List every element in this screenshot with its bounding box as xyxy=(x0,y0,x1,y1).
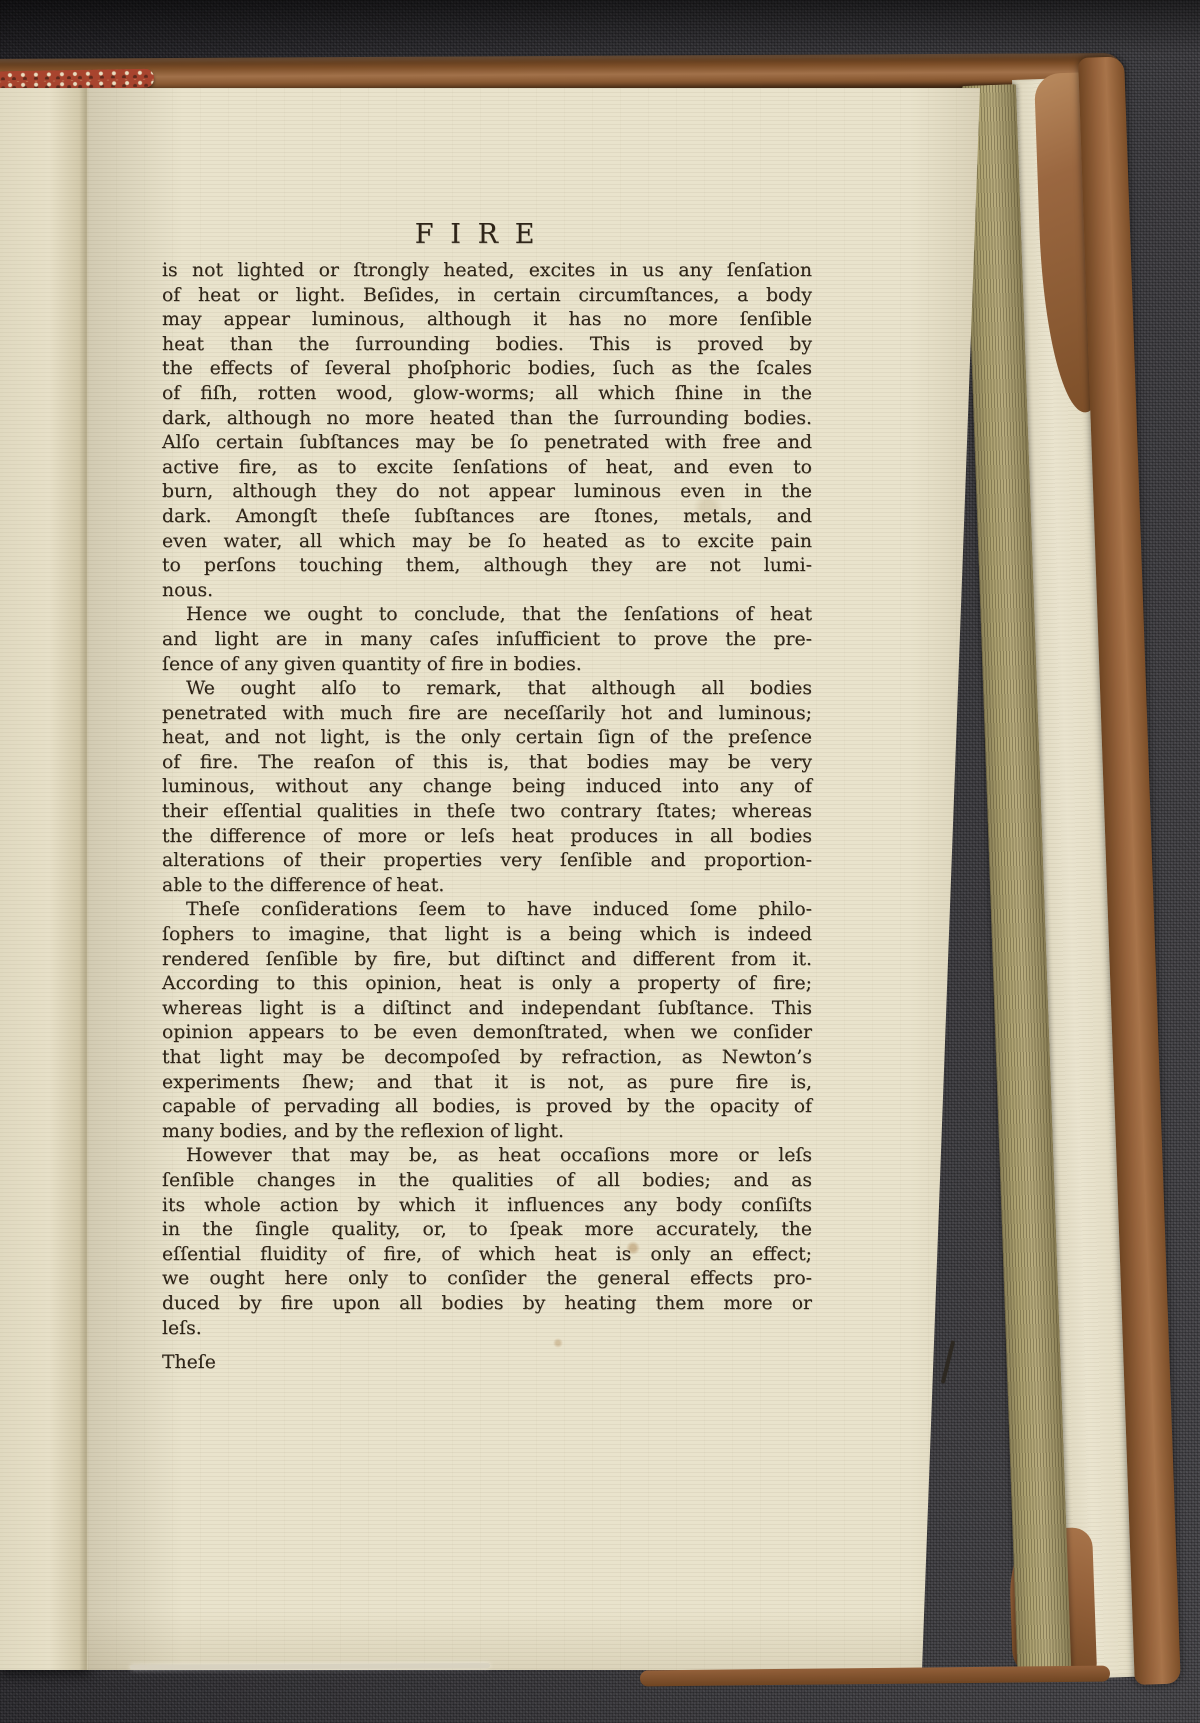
text-line: ſophers to imagine, that light is a bein… xyxy=(162,923,812,948)
leather-top-edge xyxy=(0,53,1122,93)
paragraph: is not lighted or ſtrongly heated, excit… xyxy=(162,259,812,603)
text-line: However that may be, as heat occaſions m… xyxy=(162,1144,812,1169)
text-line: we ought here only to conſider the gener… xyxy=(162,1267,812,1292)
text-line: ſenſible changes in the qualities of all… xyxy=(162,1169,812,1194)
text-line: may appear luminous, although it has no … xyxy=(162,308,812,333)
text-line: We ought alſo to remark, that although a… xyxy=(162,677,812,702)
paragraph: Hence we ought to conclude, that the ſen… xyxy=(162,603,812,677)
text-line: luminous, without any change being induc… xyxy=(162,775,812,800)
text-line: active fire, as to excite ſenſations of … xyxy=(162,456,812,481)
text-line: According to this opinion, heat is only … xyxy=(162,972,812,997)
text-line: ſence of any given quantity of fire in b… xyxy=(162,653,812,678)
page-title: FIRE xyxy=(154,220,812,250)
text-line: to perſons touching them, although they … xyxy=(162,554,812,579)
text-line: many bodies, and by the reflexion of lig… xyxy=(162,1120,812,1145)
text-line: experiments ſhew; and that it is not, as… xyxy=(162,1071,812,1096)
text-line: of heat or light. Beſides, in certain ci… xyxy=(162,284,812,309)
text-line: the difference of more or leſs heat prod… xyxy=(162,825,812,850)
text-line: alterations of their properties very ſen… xyxy=(162,849,812,874)
text-line: eſſential fluidity of fire, of which hea… xyxy=(162,1243,812,1268)
text-line: that light may be decompoſed by refracti… xyxy=(162,1046,812,1071)
text-line: leſs. xyxy=(162,1317,812,1342)
paragraph: Theſe conſiderations ſeem to have induce… xyxy=(162,898,812,1144)
text-line: duced by fire upon all bodies by heating… xyxy=(162,1292,812,1317)
text-line: burn, although they do not appear lumino… xyxy=(162,480,812,505)
body-paragraphs: is not lighted or ſtrongly heated, excit… xyxy=(162,259,812,1341)
text-line: of fire. The reaſon of this is, that bod… xyxy=(162,751,812,776)
text-line: capable of pervading all bodies, is prov… xyxy=(162,1095,812,1120)
pen-mark xyxy=(941,1340,956,1384)
text-line: dark. Amongſt theſe ſubſtances are ſtone… xyxy=(162,505,812,530)
catchword: Theſe xyxy=(162,1351,812,1376)
paragraph: We ought alſo to remark, that although a… xyxy=(162,677,812,898)
text-line: dark, although no more heated than the ſ… xyxy=(162,407,812,432)
text-line: whereas light is a diſtinct and independ… xyxy=(162,997,812,1022)
text-block: FIRE is not lighted or ſtrongly heated, … xyxy=(162,220,812,1376)
text-line: is not lighted or ſtrongly heated, excit… xyxy=(162,259,812,284)
text-line: Theſe conſiderations ſeem to have induce… xyxy=(162,898,812,923)
text-line: their eſſential qualities in theſe two c… xyxy=(162,800,812,825)
text-line: opinion appears to be even demonſtrated,… xyxy=(162,1021,812,1046)
text-line: Hence we ought to conclude, that the ſen… xyxy=(162,603,812,628)
text-line: its whole action by which it influences … xyxy=(162,1194,812,1219)
text-line: even water, all which may be ſo heated a… xyxy=(162,530,812,555)
text-line: nous. xyxy=(162,579,812,604)
text-line: the effects of ſeveral phoſphoric bodies… xyxy=(162,357,812,382)
text-line: of fiſh, rotten wood, glow-worms; all wh… xyxy=(162,382,812,407)
text-line: able to the difference of heat. xyxy=(162,874,812,899)
left-page-fold xyxy=(0,88,90,1670)
text-line: heat than the ſurrounding bodies. This i… xyxy=(162,333,812,358)
text-line: heat, and not light, is the only certain… xyxy=(162,726,812,751)
paragraph: However that may be, as heat occaſions m… xyxy=(162,1144,812,1341)
text-line: rendered ſenſible by fire, but diſtinct … xyxy=(162,948,812,973)
text-line: and light are in many caſes inſufficient… xyxy=(162,628,812,653)
text-line: penetrated with much fire are neceſſaril… xyxy=(162,702,812,727)
text-line: Alſo certain ſubſtances may be ſo penetr… xyxy=(162,431,812,456)
book-photograph: FIRE is not lighted or ſtrongly heated, … xyxy=(0,0,1200,1723)
text-line: in the ſingle quality, or, to ſpeak more… xyxy=(162,1218,812,1243)
